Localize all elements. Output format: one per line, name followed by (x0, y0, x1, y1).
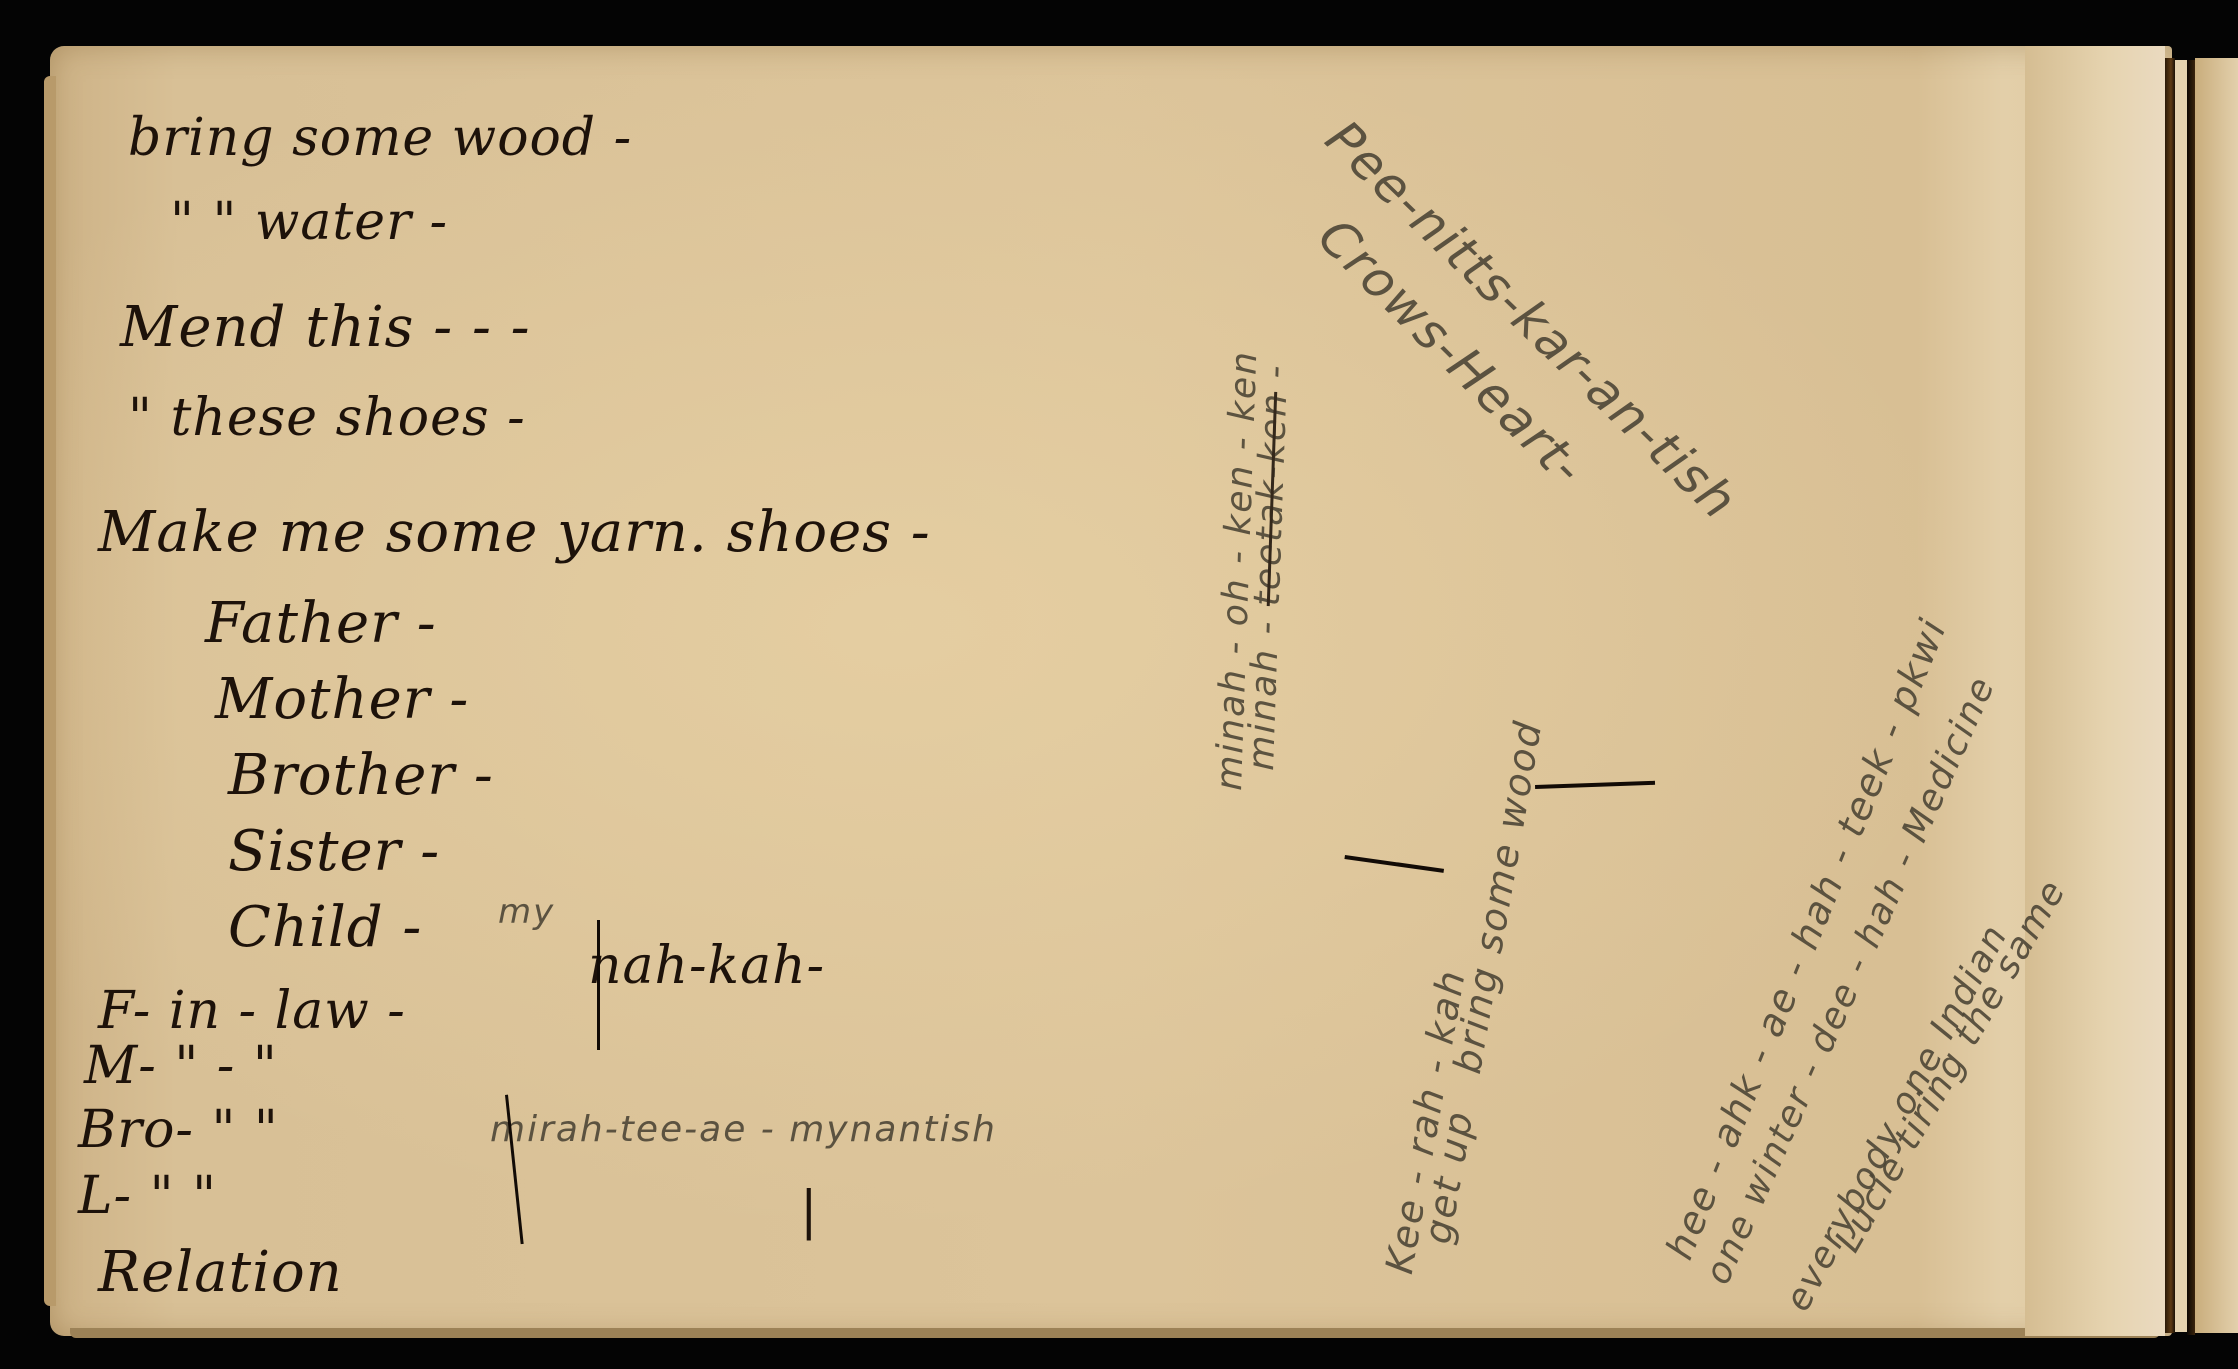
ink-line-father: Father - (205, 596, 437, 652)
pencil-col-2-suffix: - (1255, 363, 1296, 379)
ink-line-mend-this: Mend this - - - (120, 300, 531, 356)
ink-rule-child (597, 920, 600, 1050)
ink-line-l-in-law: L- " " (78, 1170, 217, 1222)
stray-mark: | (800, 1185, 819, 1237)
binding-margin (2025, 46, 2165, 1336)
facing-page-edge (2195, 58, 2238, 1333)
page-left-edge (44, 76, 56, 1306)
pencil-my: my (498, 895, 555, 929)
ink-line-relation: Relation (98, 1245, 343, 1301)
ink-line-bring-wood: bring some wood - (128, 112, 632, 164)
ink-line-make-yarn-shoes: Make me some yarn. shoes - (98, 505, 931, 561)
pencil-bro-in-law-translation: mirah-tee-ae - mynantish (490, 1112, 997, 1148)
ink-line-m-in-law: M- " - " (84, 1040, 278, 1092)
binding-gap (2165, 58, 2175, 1333)
pencil-col-2-struck: teetak-ken (1247, 391, 1295, 607)
ink-child-translation: nah-kah- (588, 940, 825, 992)
ink-line-f-in-law: F- in - law - (98, 985, 406, 1037)
ink-line-bro-in-law: Bro- " " (78, 1104, 279, 1156)
page-bottom-edge (70, 1328, 2160, 1338)
ink-line-water: " " water - (170, 196, 448, 248)
pencil-col-2-prefix: minah - (1241, 619, 1287, 772)
binding-gap-2 (2187, 60, 2195, 1335)
ink-line-these-shoes: " these shoes - (128, 392, 526, 444)
ink-line-brother: Brother - (228, 748, 494, 804)
binding-stub (2175, 60, 2187, 1332)
ink-line-mother: Mother - (215, 672, 469, 728)
ink-line-sister: Sister - (228, 824, 440, 880)
ink-line-child: Child - (228, 900, 422, 956)
